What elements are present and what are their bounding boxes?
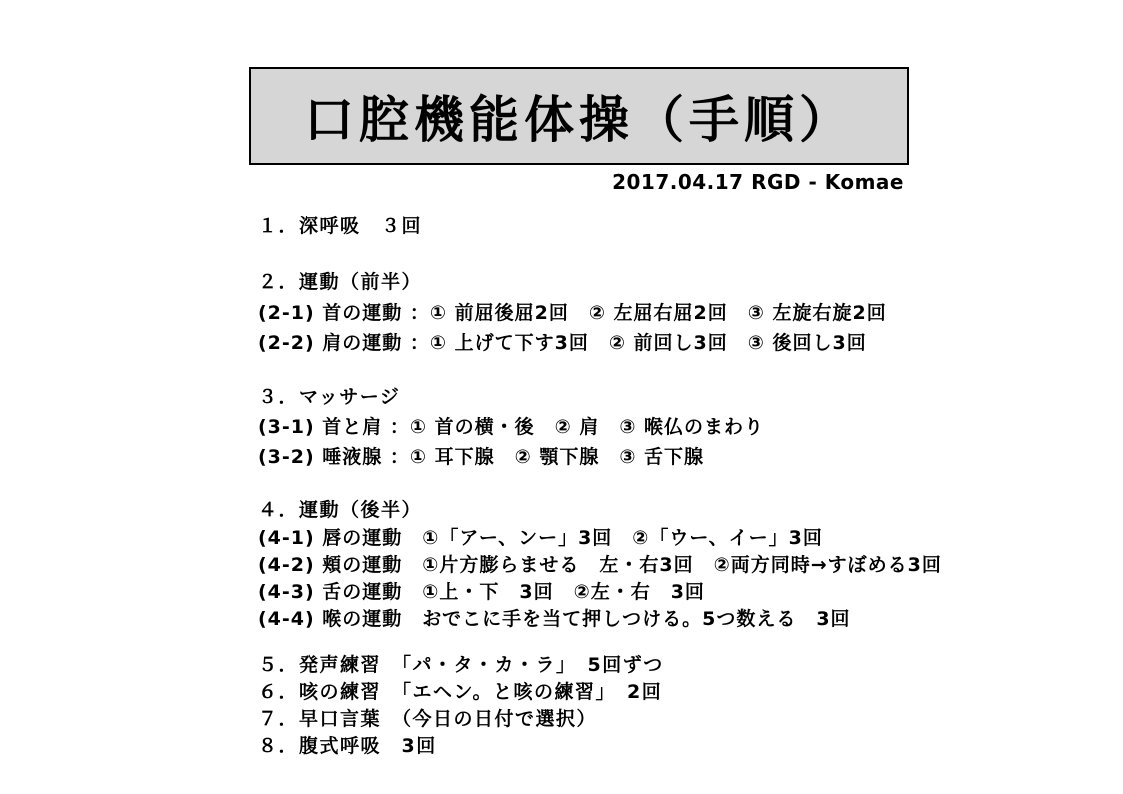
title-box: 口腔機能体操（手順） bbox=[249, 67, 909, 165]
step-3-line: ３．マッサージ bbox=[258, 386, 400, 408]
step-7-line: ７．早口言葉 （今日の日付で選択） bbox=[258, 708, 597, 730]
step-5-line: ５．発声練習 「パ・タ・カ・ラ」 5回ずつ bbox=[258, 654, 664, 676]
step-1-line: １．深呼吸 ３回 bbox=[258, 215, 422, 237]
step-4-line: ４．運動（後半） bbox=[258, 499, 422, 521]
step-4-4-line: (4-4) 喉の運動 おでこに手を当て押しつける。5つ数える 3回 bbox=[258, 608, 851, 630]
step-4-1-line: (4-1) 唇の運動 ①「アー、ンー」3回 ②「ウー、イー」3回 bbox=[258, 527, 823, 549]
date-credit: 2017.04.17 RGD - Komae bbox=[249, 170, 904, 194]
step-3-2-line: (3-2) 唾液腺 ：① 耳下腺 ② 顎下腺 ③ 舌下腺 bbox=[258, 446, 704, 468]
step-2-line: ２．運動（前半） bbox=[258, 271, 422, 293]
page-title: 口腔機能体操（手順） bbox=[304, 80, 854, 152]
step-2-1-line: (2-1) 首の運動 ：① 前屈後屈2回 ② 左屈右屈2回 ③ 左旋右旋2回 bbox=[258, 302, 887, 324]
step-8-line: ８．腹式呼吸 3回 bbox=[258, 735, 437, 757]
step-4-2-line: (4-2) 頬の運動 ①片方膨らませる 左・右3回 ②両方同時→すぼめる3回 bbox=[258, 554, 942, 576]
document-page: 口腔機能体操（手順） 2017.04.17 RGD - Komae １．深呼吸 … bbox=[0, 0, 1123, 794]
step-3-1-line: (3-1) 首と肩 ：① 首の横・後 ② 肩 ③ 喉仏のまわり bbox=[258, 416, 764, 438]
step-4-3-line: (4-3) 舌の運動 ①上・下 3回 ②左・右 3回 bbox=[258, 581, 705, 603]
step-2-2-line: (2-2) 肩の運動 ：① 上げて下す3回 ② 前回し3回 ③ 後回し3回 bbox=[258, 332, 867, 354]
step-6-line: ６．咳の練習 「エヘン。と咳の練習」 2回 bbox=[258, 681, 662, 703]
